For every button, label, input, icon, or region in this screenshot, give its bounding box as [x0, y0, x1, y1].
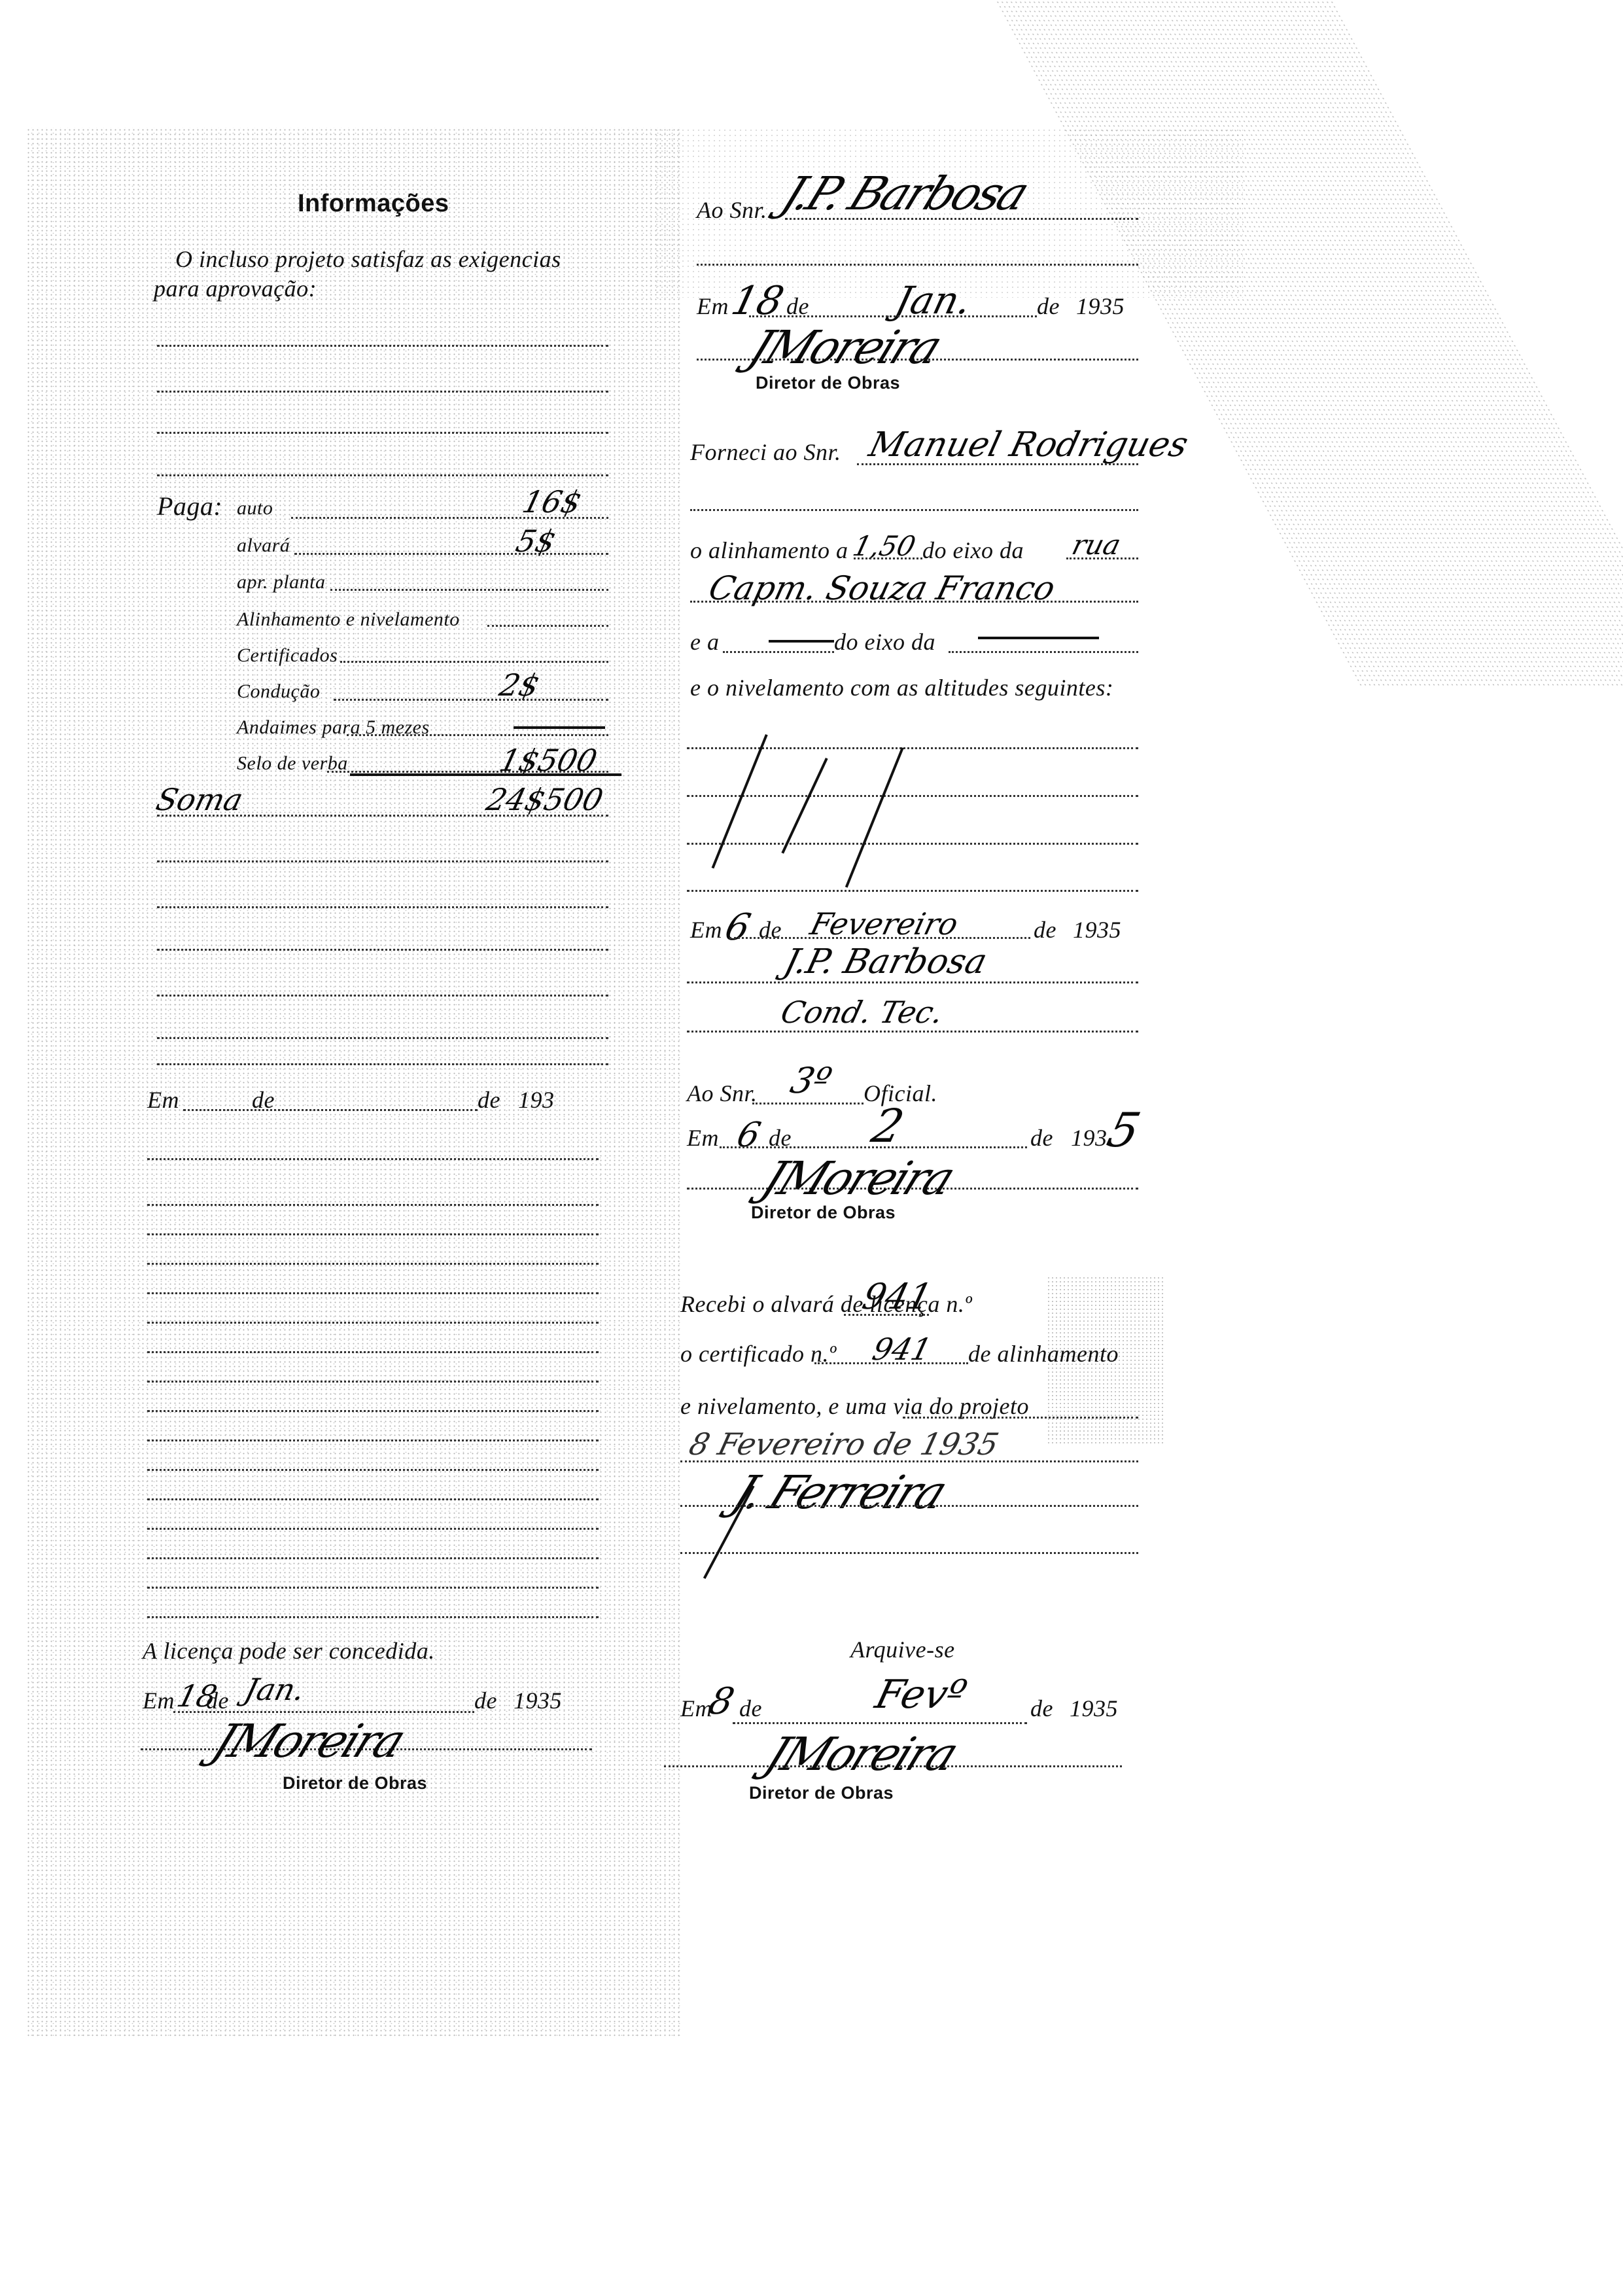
em-label: Em — [690, 916, 722, 944]
sum-underline — [350, 773, 621, 776]
fee-label: Certificados — [237, 645, 338, 667]
blank-line — [157, 1063, 608, 1065]
fee-line — [487, 625, 608, 627]
date-day: 8 — [705, 1680, 739, 1723]
engineer-role: Cond. Tec. — [777, 995, 947, 1030]
de-label: de — [739, 1695, 762, 1722]
date-year: 1935 — [1070, 1695, 1118, 1722]
year-prefix: 193 — [1071, 1124, 1108, 1152]
blank-line — [147, 1528, 599, 1530]
em-label: Em — [147, 1086, 179, 1114]
blank-line — [147, 1263, 599, 1265]
blank-line — [147, 1233, 599, 1235]
de-label: de — [1030, 1695, 1053, 1722]
forneci-line — [857, 463, 1138, 465]
blank-line — [157, 391, 608, 393]
receipt-signature: J. Ferreira — [725, 1466, 952, 1519]
certificado-suffix: de alinhamento — [968, 1340, 1119, 1368]
blank-line — [147, 1351, 599, 1353]
fee-label: Alinhamento e nivelamento — [237, 609, 460, 631]
director-title: Diretor de Obras — [751, 1203, 896, 1223]
date-year: 1935 — [1076, 292, 1125, 320]
year-prefix: 193 — [518, 1086, 555, 1114]
director-signature: JMoreira — [754, 1152, 960, 1205]
em-label: Em — [143, 1687, 175, 1714]
signature-line — [680, 1552, 1138, 1554]
date-month: Fevereiro — [807, 906, 962, 942]
blank-line — [147, 1469, 599, 1471]
certificado-number: 941 — [869, 1332, 935, 1367]
total-label: Soma — [152, 782, 247, 817]
date-line — [173, 1711, 474, 1713]
em-label: Em — [697, 292, 729, 320]
de-label: de — [1030, 1124, 1053, 1152]
fee-label: alvará — [237, 535, 290, 557]
scan-noise-diagonal — [994, 0, 1623, 687]
blank-line — [147, 1204, 599, 1206]
intro-line-2: para aprovação: — [154, 275, 317, 302]
ao-snr-line — [785, 218, 1138, 220]
e-a-line — [723, 651, 834, 653]
date-line — [749, 315, 1037, 317]
eixo2-line — [949, 651, 1138, 653]
blank-line — [157, 906, 608, 908]
projeto-line — [903, 1417, 1138, 1419]
ao-snr-label: Ao Snr. — [687, 1080, 758, 1107]
paga-label: Paga: — [157, 491, 222, 521]
ao-snr-line — [752, 1103, 864, 1104]
blank-line — [157, 432, 608, 434]
de-label: de — [206, 1687, 229, 1714]
blank-line — [690, 509, 1138, 511]
blank-line — [157, 345, 608, 347]
date-line — [720, 1146, 1027, 1148]
blank-line — [157, 860, 608, 862]
director-signature: JMoreira — [741, 321, 947, 374]
date-month: Fevº — [871, 1672, 971, 1718]
de-label: de — [759, 916, 782, 944]
blank-line — [697, 264, 1138, 266]
altitude-line — [687, 843, 1138, 845]
total-value: 24$500 — [483, 782, 606, 817]
dash-mark — [514, 726, 605, 729]
forneci-label: Forneci ao Snr. — [690, 438, 841, 466]
date-year: 1935 — [1073, 916, 1121, 944]
altitude-line — [687, 890, 1138, 892]
de-label: de — [474, 1687, 497, 1714]
director-signature: JMoreira — [205, 1714, 411, 1768]
date-line — [183, 1109, 478, 1111]
fee-line — [334, 699, 608, 701]
street-line — [690, 601, 1138, 603]
date-day: 6 — [721, 906, 755, 949]
eixo-value: rua — [1069, 529, 1124, 561]
fee-line — [340, 661, 608, 663]
de-label: de — [478, 1086, 500, 1114]
blank-line — [147, 1557, 599, 1559]
informacoes-heading: Informações — [298, 190, 449, 218]
fee-line — [330, 589, 608, 591]
eixo-label: do eixo da — [922, 537, 1024, 564]
fee-label: apr. planta — [237, 571, 326, 593]
e-a-label: e a — [690, 628, 719, 656]
receipt-date: 8 Fevereiro de 1935 — [686, 1426, 1002, 1462]
altitude-slash-mark — [712, 734, 768, 868]
fee-value: 1$500 — [496, 743, 601, 778]
eixo-line — [1066, 557, 1138, 559]
blank-line — [147, 1322, 599, 1324]
blank-line — [157, 949, 608, 951]
de-label: de — [1034, 916, 1056, 944]
e-a-dash — [769, 640, 834, 643]
receipt-certificado-label: o certificado n.º — [680, 1340, 837, 1368]
receipt-projeto-label: e nivelamento, e uma via do projeto — [680, 1392, 1029, 1420]
fee-label: auto — [237, 497, 273, 520]
role-line — [687, 1031, 1138, 1033]
date-line — [729, 937, 1030, 939]
receipt-date-line — [680, 1460, 1138, 1462]
intro-line-1: O incluso projeto satisfaz as exigencias — [175, 245, 561, 273]
altitude-slash-mark — [781, 758, 828, 854]
de-label: de — [1037, 292, 1060, 320]
ao-snr-value: J.P. Barbosa — [774, 167, 1035, 221]
date-line — [733, 1722, 1027, 1724]
certificado-line — [814, 1362, 968, 1364]
year-suffix: 5 — [1102, 1103, 1146, 1157]
signature-stroke — [703, 1485, 755, 1579]
blank-line — [147, 1498, 599, 1500]
alinhamento-line — [854, 557, 922, 559]
approval-text: A licença pode ser concedida. — [143, 1637, 435, 1665]
blank-line — [147, 1587, 599, 1589]
forneci-value: Manuel Rodrigues — [865, 425, 1193, 465]
fee-label: Condução — [237, 680, 320, 703]
date-month: 2 — [867, 1099, 909, 1153]
signature-line — [687, 981, 1138, 983]
alvara-line — [844, 1314, 929, 1316]
date-month: Jan. — [241, 1672, 309, 1707]
director-title: Diretor de Obras — [749, 1783, 894, 1803]
arquive-se-label: Arquive-se — [850, 1636, 955, 1663]
altitude-slash-mark — [845, 747, 904, 888]
altitude-line — [687, 747, 1138, 749]
director-title: Diretor de Obras — [283, 1773, 427, 1793]
blank-line — [147, 1381, 599, 1383]
eixo2-dash — [978, 637, 1099, 639]
director-title: Diretor de Obras — [756, 373, 900, 393]
blank-line — [147, 1292, 599, 1294]
ao-snr-label: Ao Snr. — [697, 196, 767, 224]
engineer-signature: J.P. Barbosa — [780, 942, 991, 981]
date-day: 6 — [733, 1116, 765, 1155]
blank-line — [157, 474, 608, 476]
blank-line — [147, 1616, 599, 1618]
alinhamento-label: o alinhamento a — [690, 537, 848, 564]
nivelamento-label: e o nivelamento com as altitudes seguint… — [690, 674, 1113, 701]
fee-value: 16$ — [519, 484, 585, 520]
blank-line — [157, 995, 608, 997]
blank-line — [157, 1037, 608, 1039]
director-signature: JMoreira — [758, 1727, 964, 1781]
signature-line — [680, 1505, 1138, 1507]
blank-line — [147, 1410, 599, 1412]
eixo2-label: do eixo da — [834, 628, 935, 656]
fee-line — [294, 553, 608, 555]
blank-line — [147, 1158, 599, 1160]
altitude-line — [687, 795, 1138, 797]
alvara-number: 941 — [858, 1276, 936, 1317]
em-label: Em — [687, 1124, 719, 1152]
fee-line — [347, 734, 608, 736]
oficial-rank: 3º — [786, 1060, 835, 1101]
date-year: 1935 — [514, 1687, 562, 1714]
blank-line — [147, 1439, 599, 1441]
